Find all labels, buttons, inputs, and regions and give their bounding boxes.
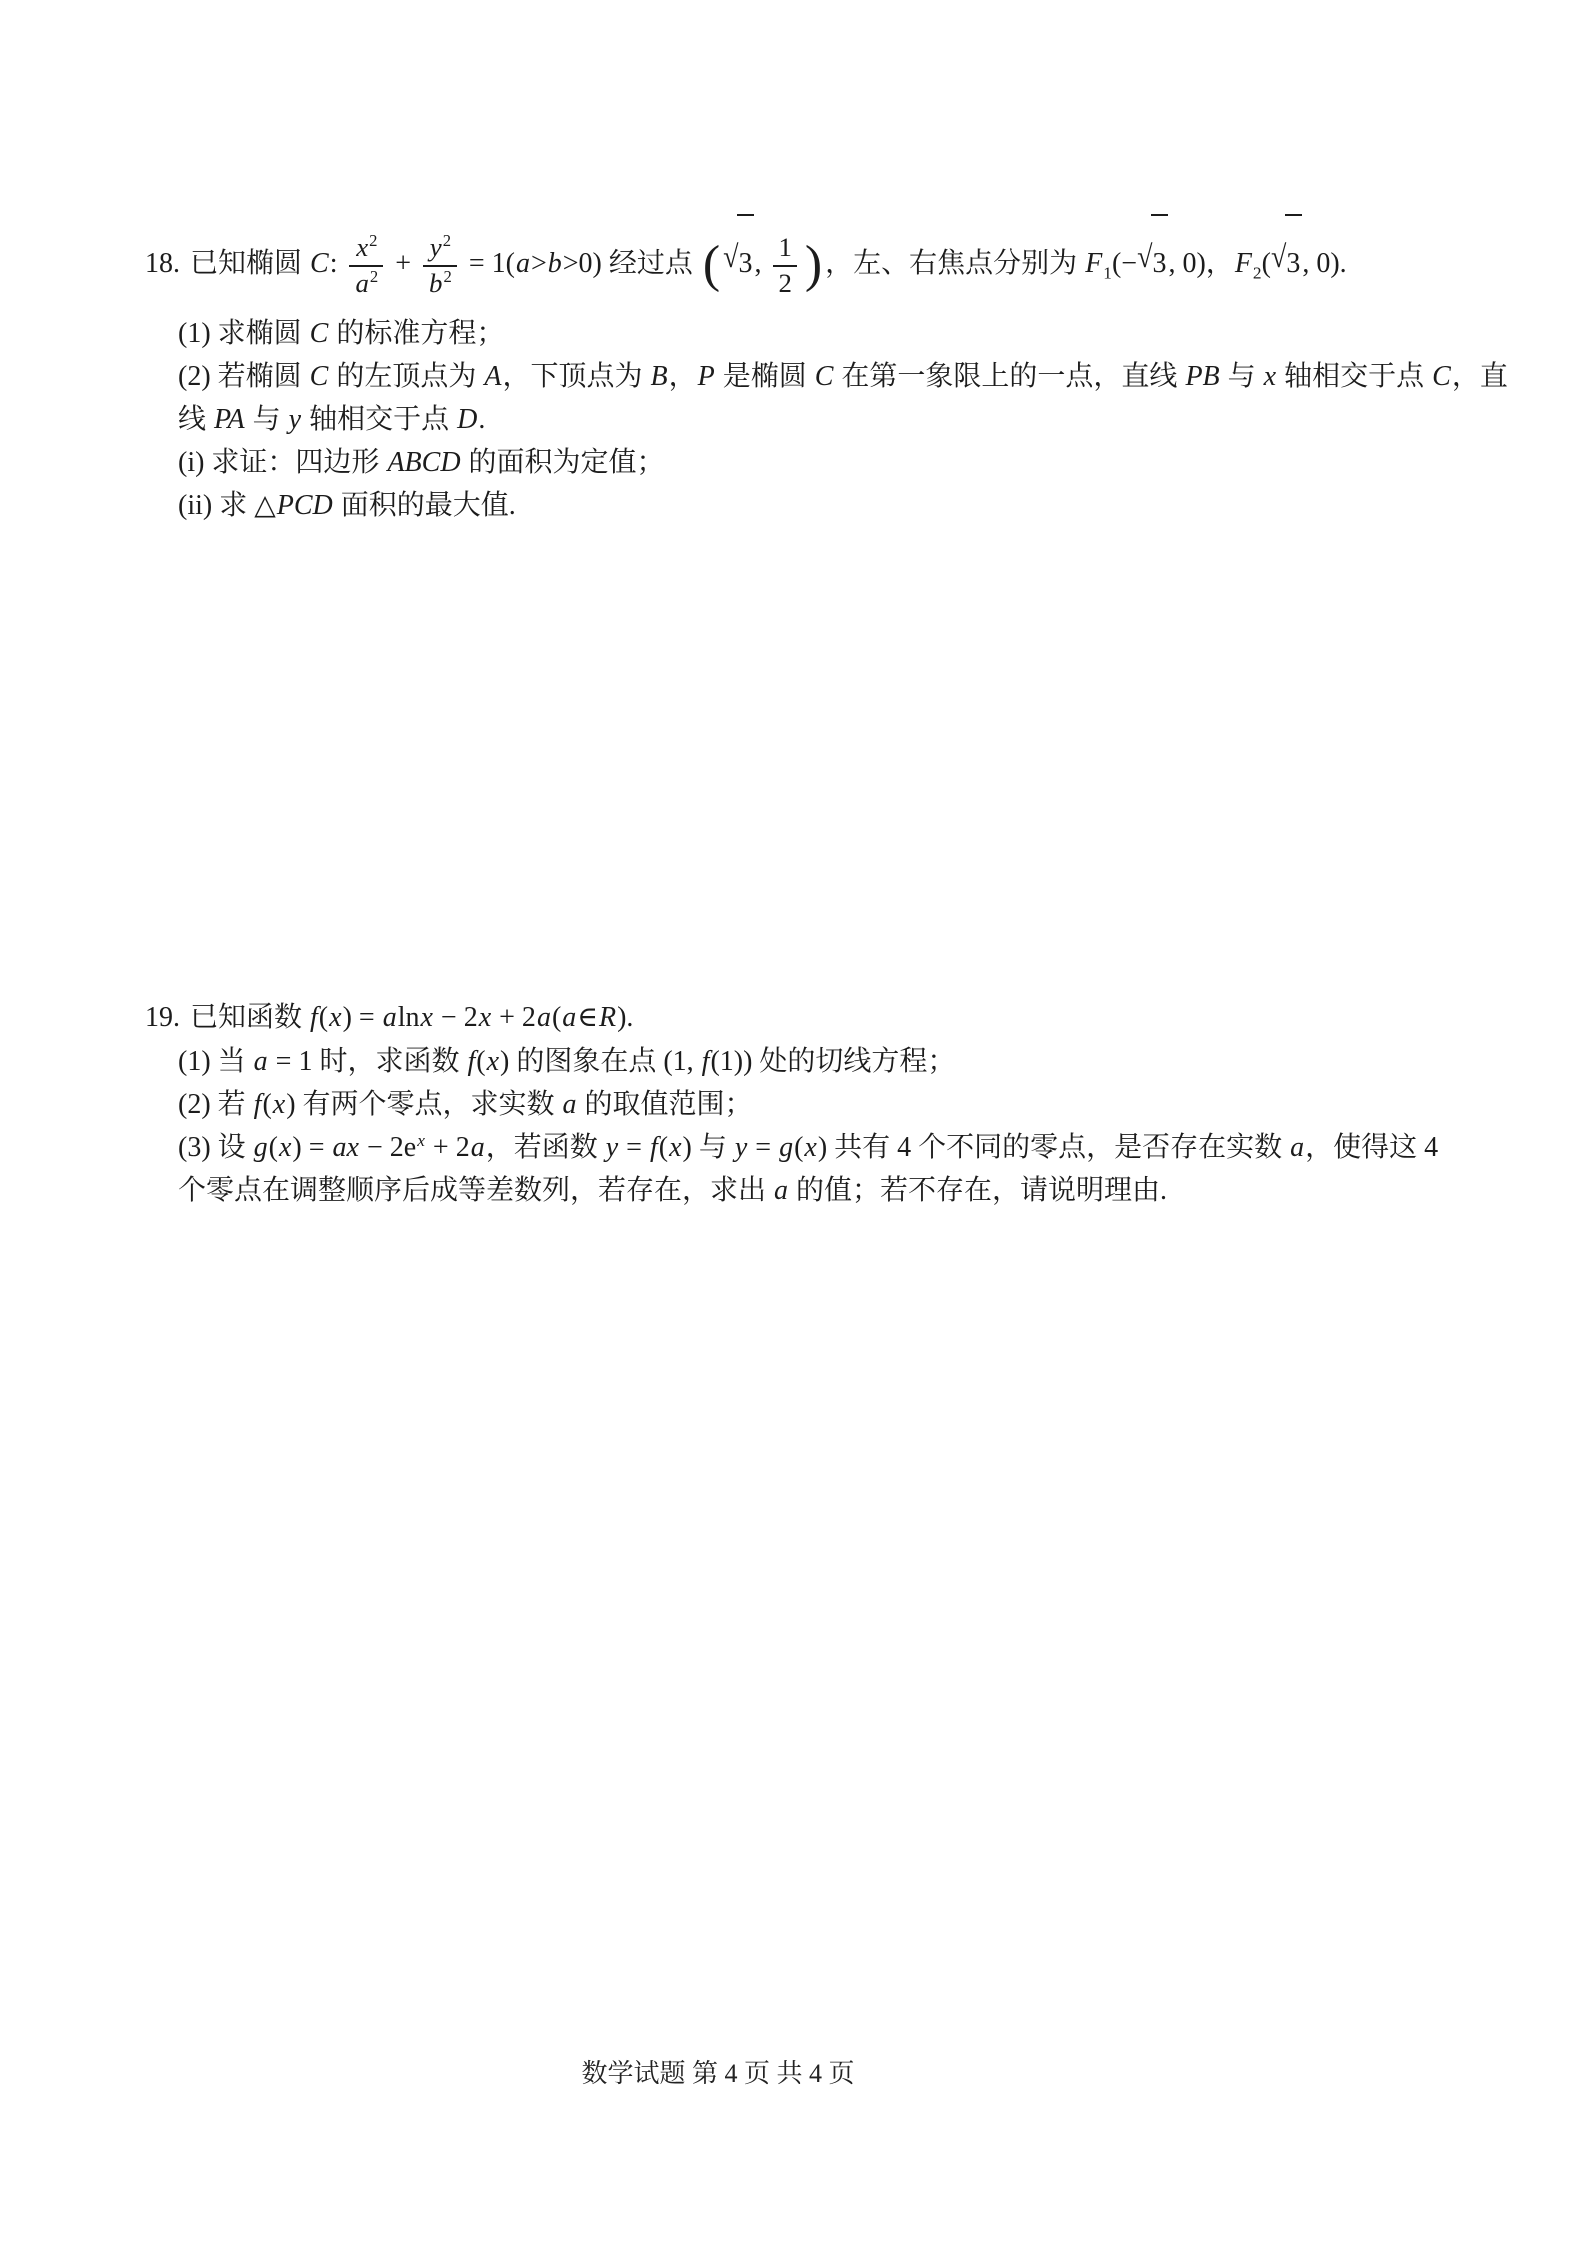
text-run: ) 的图象在点 (1, <box>500 1046 701 1077</box>
p19-intro-line: 19.已知函数 f(x) = alnx − 2x + 2a(a∈R). <box>145 996 1545 1040</box>
fraction-denominator: b2 <box>423 267 457 299</box>
text-run: (1)) 处的切线方程； <box>710 1046 955 1077</box>
superscript: 2 <box>370 267 378 286</box>
p18-number: 18. <box>145 248 180 279</box>
math-variable: ax <box>332 1132 360 1163</box>
math-variable: y <box>429 232 443 262</box>
math-variable: y <box>734 1132 748 1163</box>
text-run: (1) 求椭圆 <box>178 318 309 349</box>
math-variable: g <box>253 1132 269 1163</box>
subscript: 1 <box>1103 264 1112 283</box>
text-run: 面积的最大值. <box>334 490 516 521</box>
problem-19: 19.已知函数 f(x) = alnx − 2x + 2a(a∈R). (1) … <box>145 996 1545 1212</box>
math-variable: D <box>456 404 478 435</box>
math-variable: a <box>515 248 531 279</box>
text-run: ) 有两个零点，求实数 <box>286 1089 561 1120</box>
math-variable: a <box>253 1046 269 1077</box>
radical-icon: √ <box>723 204 738 312</box>
text-run: (− <box>1112 248 1137 279</box>
math-variable: C <box>309 318 330 349</box>
p18-item-2-line-2: 线 PA 与 y 轴相交于点 D. <box>178 398 1545 441</box>
math-variable: f <box>309 1002 319 1033</box>
text-run: ) 共有 4 个不同的零点，是否存在实数 <box>818 1132 1289 1163</box>
math-variable: R <box>598 1002 617 1033</box>
math-variable: x <box>355 232 369 262</box>
math-variable: a <box>773 1175 789 1206</box>
footer-text: 数学试题 第 4 页 共 4 页 <box>581 2059 854 2088</box>
subscript: 2 <box>1253 264 1262 283</box>
text-run: 轴相交于点 <box>1277 361 1431 392</box>
radical-icon: √ <box>1137 204 1152 312</box>
square-root: √3 <box>1137 214 1168 312</box>
text-run: > <box>531 248 547 279</box>
text-run: 已知椭圆 <box>190 248 309 279</box>
text-run: ( <box>659 1132 668 1163</box>
math-variable: a <box>1289 1132 1305 1163</box>
p18-item-ii: (ii) 求 △PCD 面积的最大值. <box>178 484 1545 527</box>
text-run: 1 <box>778 232 791 262</box>
math-variable: f <box>701 1046 711 1077</box>
math-variable: PB <box>1184 361 1220 392</box>
p19-intro-math: 已知函数 f(x) = alnx − 2x + 2a(a∈R). <box>190 1002 633 1033</box>
text-run: ( <box>552 1002 561 1033</box>
math-variable: ABCD <box>386 447 461 478</box>
text-run: ( <box>269 1132 278 1163</box>
text-run: , <box>754 248 768 279</box>
fraction: 12 <box>773 233 796 298</box>
text-run: (3) 设 <box>178 1132 253 1163</box>
fraction-numerator: x2 <box>349 233 383 267</box>
text-run: 与 <box>1221 361 1263 392</box>
text-run: (ii) 求 △ <box>178 490 276 521</box>
math-variable: f <box>466 1046 476 1077</box>
math-variable: C <box>309 361 330 392</box>
text-run: ， <box>669 361 697 392</box>
math-variable: x <box>272 1089 286 1120</box>
p18-intro-math: 已知椭圆 C: x2a2 + y2b2 = 1(a>b>0) 经过点 (√3, … <box>190 248 1347 279</box>
text-run: + 2 <box>492 1002 536 1033</box>
superscript: x <box>416 1131 426 1150</box>
math-variable: F <box>1084 248 1103 279</box>
text-run: = 1 时，求函数 <box>269 1046 467 1077</box>
p18-item-1: (1) 求椭圆 C 的标准方程； <box>178 312 1545 355</box>
text-run: 3 <box>1152 248 1166 279</box>
math-variable: a <box>562 1089 578 1120</box>
text-run: , 0)， <box>1168 248 1233 279</box>
math-variable: P <box>697 361 716 392</box>
superscript: 2 <box>443 231 451 250</box>
text-run: 已知函数 <box>190 1002 309 1033</box>
text-run: 3 <box>738 248 752 279</box>
math-variable: x <box>328 1002 342 1033</box>
text-run: 是椭圆 <box>716 361 814 392</box>
text-run: 个零点在调整顺序后成等差数列，若存在，求出 <box>178 1175 773 1206</box>
text-run: ). <box>617 1002 633 1033</box>
math-variable: x <box>478 1002 492 1033</box>
text-run: ，直 <box>1452 361 1508 392</box>
text-run: ( <box>1262 248 1271 279</box>
text-run: = <box>619 1132 649 1163</box>
text-run: − 2e <box>360 1132 416 1163</box>
text-run: 在第一象限上的一点，直线 <box>834 361 1184 392</box>
math-variable: a <box>382 1002 398 1033</box>
text-run: ) 与 <box>683 1132 734 1163</box>
text-run: 线 <box>178 404 213 435</box>
text-run: : <box>330 248 345 279</box>
p19-item-3-line-1: (3) 设 g(x) = ax − 2ex + 2a，若函数 y = f(x) … <box>178 1126 1545 1169</box>
math-variable: x <box>486 1046 500 1077</box>
square-root: √3 <box>723 214 754 312</box>
text-run: ( <box>262 1089 271 1120</box>
math-variable: a <box>561 1002 577 1033</box>
p19-item-3-line-2: 个零点在调整顺序后成等差数列，若存在，求出 a 的值；若不存在，请说明理由. <box>178 1169 1545 1212</box>
text-run: ，若函数 <box>486 1132 605 1163</box>
text-run: ，左、右焦点分别为 <box>825 248 1084 279</box>
text-run: 轴相交于点 <box>302 404 456 435</box>
text-run: + <box>388 248 418 279</box>
text-run: (2) 若椭圆 <box>178 361 309 392</box>
text-run: = 1( <box>462 248 515 279</box>
math-variable: a <box>354 268 369 298</box>
text-run: − 2 <box>434 1002 478 1033</box>
text-run: ) = <box>292 1132 331 1163</box>
right-paren: ) <box>805 242 822 289</box>
text-run: 的左顶点为 <box>329 361 483 392</box>
text-run: . <box>478 404 485 435</box>
math-variable: f <box>253 1089 263 1120</box>
square-root: √3 <box>1271 214 1302 312</box>
superscript: 2 <box>369 231 377 250</box>
p18-item-2-line-1: (2) 若椭圆 C 的左顶点为 A，下顶点为 B，P 是椭圆 C 在第一象限上的… <box>178 355 1545 398</box>
radicand: 3 <box>1285 214 1302 312</box>
fraction-numerator: 1 <box>773 233 796 267</box>
radical-icon: √ <box>1271 204 1286 312</box>
text-run: 3 <box>1286 248 1300 279</box>
problem-18: 18.已知椭圆 C: x2a2 + y2b2 = 1(a>b>0) 经过点 (√… <box>145 214 1545 527</box>
text-run: 与 <box>246 404 288 435</box>
radicand: 3 <box>737 214 754 312</box>
math-variable: a <box>470 1132 486 1163</box>
text-run: (i) 求证：四边形 <box>178 447 386 478</box>
math-variable: A <box>483 361 502 392</box>
left-paren: ( <box>703 242 720 289</box>
fraction-numerator: y2 <box>423 233 457 267</box>
text-run: 的标准方程； <box>329 318 504 349</box>
math-variable: a <box>536 1002 552 1033</box>
text-run: ln <box>398 1002 420 1033</box>
text-run: >0) 经过点 <box>563 248 700 279</box>
text-run: 的值；若不存在，请说明理由. <box>789 1175 1167 1206</box>
text-run: ( <box>319 1002 328 1033</box>
text-run: ，下顶点为 <box>502 361 649 392</box>
fraction: x2a2 <box>349 233 383 298</box>
text-run: ，使得这 4 <box>1305 1132 1438 1163</box>
math-variable: y <box>605 1132 619 1163</box>
p19-number: 19. <box>145 1002 180 1033</box>
math-variable: b <box>547 248 563 279</box>
text-run: ∈ <box>577 1002 598 1033</box>
math-variable: g <box>778 1132 794 1163</box>
text-run: ( <box>794 1132 803 1163</box>
math-variable: F <box>1234 248 1253 279</box>
math-variable: C <box>814 361 835 392</box>
math-variable: x <box>803 1132 817 1163</box>
math-variable: C <box>309 248 330 279</box>
p19-item-2: (2) 若 f(x) 有两个零点，求实数 a 的取值范围； <box>178 1083 1545 1126</box>
text-run: 2 <box>778 268 791 298</box>
text-run: , 0). <box>1302 248 1346 279</box>
p18-intro-line: 18.已知椭圆 C: x2a2 + y2b2 = 1(a>b>0) 经过点 (√… <box>145 214 1545 312</box>
p19-item-1: (1) 当 a = 1 时，求函数 f(x) 的图象在点 (1, f(1)) 处… <box>178 1040 1545 1083</box>
math-variable: PA <box>213 404 246 435</box>
math-variable: PCD <box>276 490 334 521</box>
text-run: = <box>748 1132 778 1163</box>
text-run: + 2 <box>426 1132 470 1163</box>
math-variable: x <box>419 1002 433 1033</box>
math-variable: x <box>668 1132 682 1163</box>
page-footer: 数学试题 第 4 页 共 4 页 <box>0 2052 1436 2096</box>
text-run: (1) 当 <box>178 1046 253 1077</box>
math-variable: f <box>649 1132 659 1163</box>
radicand: 3 <box>1151 214 1168 312</box>
math-variable: y <box>288 404 302 435</box>
text-run: 的取值范围； <box>578 1089 753 1120</box>
superscript: 2 <box>443 267 451 286</box>
p18-item-i: (i) 求证：四边形 ABCD 的面积为定值； <box>178 441 1545 484</box>
math-variable: C <box>1431 361 1452 392</box>
text-run: ( <box>476 1046 485 1077</box>
text-run: ) = <box>343 1002 382 1033</box>
text-run: 的面积为定值； <box>462 447 665 478</box>
fraction: y2b2 <box>423 233 457 298</box>
fraction-denominator: a2 <box>349 267 383 299</box>
math-variable: x <box>278 1132 292 1163</box>
math-variable: b <box>428 268 443 298</box>
math-variable: x <box>1263 361 1277 392</box>
math-variable: B <box>649 361 668 392</box>
text-run: (2) 若 <box>178 1089 253 1120</box>
fraction-denominator: 2 <box>773 267 796 299</box>
